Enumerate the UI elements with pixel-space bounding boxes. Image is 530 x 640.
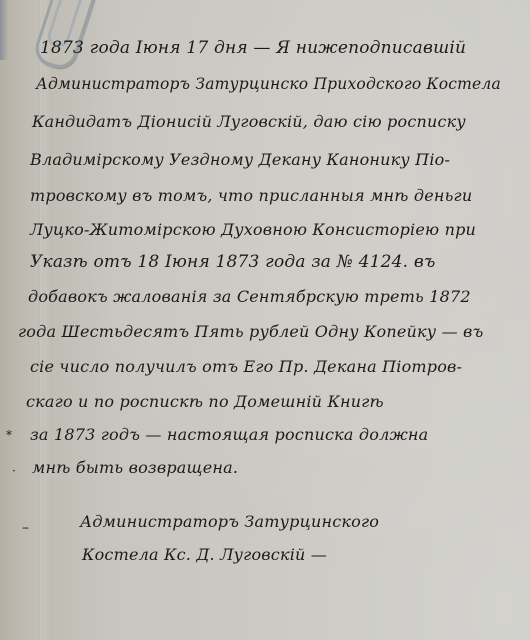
text-line-2: Администраторъ Затурцинско Приходского К… <box>36 75 501 93</box>
text-line-9: года Шестьдесятъ Пять рублей Одну Копейк… <box>18 322 483 341</box>
text-line-1: 1873 года Іюня 17 дня — Я нижеподписавші… <box>40 38 466 58</box>
signature-flourish-mark: – <box>22 520 29 536</box>
text-line-13: мнѣ быть возвращена. <box>32 458 238 477</box>
text-line-10: сіе число получилъ отъ Его Пр. Декана Пі… <box>30 357 462 376</box>
text-line-3: Кандидатъ Діонисій Луговскій, даю сію ро… <box>32 112 466 131</box>
margin-asterisk-mark: * <box>6 428 12 442</box>
text-line-7: Указѣ отъ 18 Іюня 1873 года за № 4124. в… <box>30 252 436 272</box>
text-line-5: тровскому въ томъ, что присланныя мнѣ де… <box>30 186 472 205</box>
text-line-6: Луцко-Житомірскою Духовною Консисторіею … <box>30 220 476 239</box>
margin-dot-mark: · <box>12 464 16 478</box>
text-line-11: скаго и по роспискѣ по Домешній Книгѣ <box>26 392 384 411</box>
document-page: 1873 года Іюня 17 дня — Я нижеподписавші… <box>0 0 530 640</box>
signature-line-2: Костела Кс. Д. Луговскій — <box>82 545 327 564</box>
text-line-12: за 1873 годъ — настоящая росписка должна <box>30 425 428 444</box>
text-line-4: Владимірскому Уездному Декану Канонику П… <box>30 150 450 169</box>
paper-edge-shadow <box>0 0 8 60</box>
signature-line-1: Администраторъ Затурцинского <box>80 512 379 531</box>
paper-fold-crease <box>38 0 44 640</box>
text-line-8: добавокъ жалованія за Сентябрскую треть … <box>28 287 471 306</box>
